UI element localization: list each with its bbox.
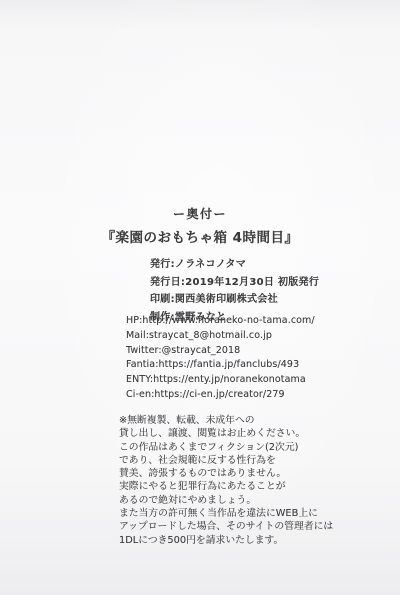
disclaimer-block: ※無断複製、転載、未成年への 貸し出し、譲渡、閲覧はお止めください。 この作品は… [119, 414, 333, 547]
printer-line: 印刷:関西美術印刷株式会社 [150, 291, 319, 309]
disclaimer-line: 貸し出し、譲渡、閲覧はお止めください。 [119, 427, 333, 440]
scanned-colophon-page: ー奥付ー 『楽園のおもちゃ箱 4時間目』 発行:ノラネコノタマ 発行日:2019… [0, 0, 400, 595]
enty-url-line: ENTY:https://enty.jp/noranekonotama [126, 373, 315, 388]
publisher-line: 発行:ノラネコノタマ [150, 256, 319, 274]
disclaimer-line: 賛美、誇張するものではありません。 [119, 467, 333, 480]
disclaimer-line: であり、社会規範に反する性行為を [119, 454, 333, 467]
homepage-url-line: HP:http://www.noraneko-no-tama.com/ [126, 314, 315, 329]
fantia-url-line: Fantia:https://fantia.jp/fanclubs/493 [126, 358, 315, 373]
twitter-line: Twitter:@straycat_2018 [126, 344, 315, 359]
cien-url-line: Ci-en:https://ci-en.jp/creator/279 [126, 388, 315, 403]
disclaimer-line: アップロードした場合、そのサイトの管理者には [119, 520, 333, 533]
mail-line: Mail:straycat_8@hotmail.co.jp [126, 329, 315, 344]
disclaimer-line: また当方の許可無く当作品を違法にWEB上に [119, 507, 333, 520]
colophon-header: ー奥付ー [0, 205, 400, 222]
publish-date-line: 発行日:2019年12月30日 初版発行 [150, 274, 319, 292]
disclaimer-line: 1DLにつき500円を請求いたします。 [119, 534, 333, 547]
disclaimer-line: あるので絶対にやめましょう。 [119, 494, 333, 507]
disclaimer-line: ※無断複製、転載、未成年への [119, 414, 333, 427]
book-title: 『楽園のおもちゃ箱 4時間目』 [0, 226, 400, 246]
disclaimer-line: 実際にやると犯罪行為にあたることが [119, 480, 333, 493]
disclaimer-line: この作品はあくまでフィクション(2次元) [119, 441, 333, 454]
contact-block: HP:http://www.noraneko-no-tama.com/ Mail… [126, 314, 315, 403]
